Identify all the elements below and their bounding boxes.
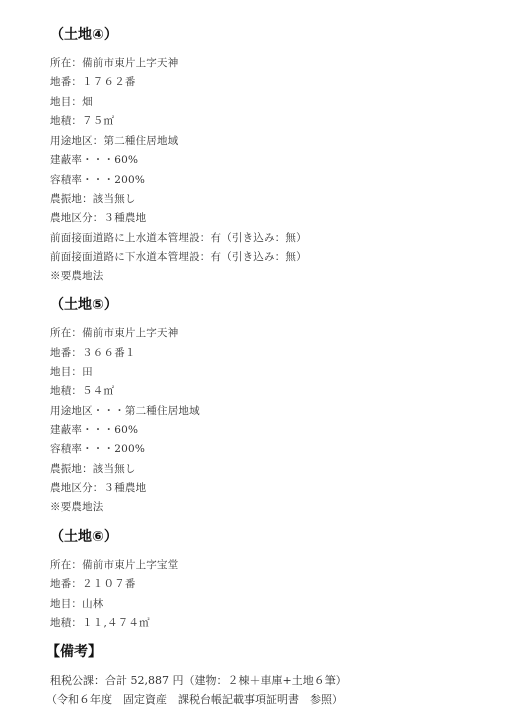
remarks-tax-total: 租税公課：合計 52,887 円（建物：２棟＋車庫+土地６筆） — [50, 672, 347, 688]
land-5-area: 地積：５４㎡ — [50, 383, 114, 398]
land-4-floor-area-ratio: 容積率・・・200% — [50, 172, 145, 187]
land-5-lot-number: 地番：３６６番１ — [50, 345, 136, 360]
land-5-floor-area-ratio: 容積率・・・200% — [50, 441, 145, 456]
land-4-note: ※要農地法 — [50, 268, 104, 283]
land-4-zoning: 用途地区：第二種住居地域 — [50, 133, 178, 148]
land-6-heading: （土地⑥） — [50, 526, 118, 546]
land-6-lot-number: 地番：２１０７番 — [50, 576, 136, 591]
land-5-heading: （土地⑤） — [50, 294, 118, 314]
land-4-area: 地積：７５㎡ — [50, 113, 114, 128]
land-4-farmland-class: 農地区分：３種農地 — [50, 210, 146, 225]
remarks-reference: （令和６年度 固定資産 課税台帳記載事項証明書 参照） — [46, 691, 343, 707]
remarks-heading: 【備考】 — [46, 641, 102, 661]
land-5-agri-promotion: 農振地：該当無し — [50, 461, 136, 476]
land-4-location: 所在：備前市東片上字天神 — [50, 55, 178, 70]
document-page: （土地④） 所在：備前市東片上字天神 地番：１７６２番 地目：畑 地積：７５㎡ … — [0, 0, 527, 717]
land-5-location: 所在：備前市東片上字天神 — [50, 325, 178, 340]
land-5-note: ※要農地法 — [50, 499, 104, 514]
land-6-location: 所在：備前市東片上字宝堂 — [50, 557, 178, 572]
land-4-land-category: 地目：畑 — [50, 94, 93, 109]
land-4-sewer-main: 前面接面道路に下水道本管埋設：有（引き込み：無） — [50, 249, 307, 264]
land-6-land-category: 地目：山林 — [50, 596, 104, 611]
land-6-area: 地積：１１,４７４㎡ — [50, 615, 150, 630]
land-5-zoning: 用途地区・・・第二種住居地域 — [50, 403, 200, 418]
land-4-coverage-ratio: 建蔽率・・・60% — [50, 152, 138, 167]
land-4-water-main: 前面接面道路に上水道本管埋設：有（引き込み：無） — [50, 230, 307, 245]
land-4-agri-promotion: 農振地：該当無し — [50, 191, 136, 206]
land-5-coverage-ratio: 建蔽率・・・60% — [50, 422, 138, 437]
land-5-land-category: 地目：田 — [50, 364, 93, 379]
land-4-lot-number: 地番：１７６２番 — [50, 74, 136, 89]
land-4-heading: （土地④） — [50, 24, 118, 44]
land-5-farmland-class: 農地区分：３種農地 — [50, 480, 146, 495]
